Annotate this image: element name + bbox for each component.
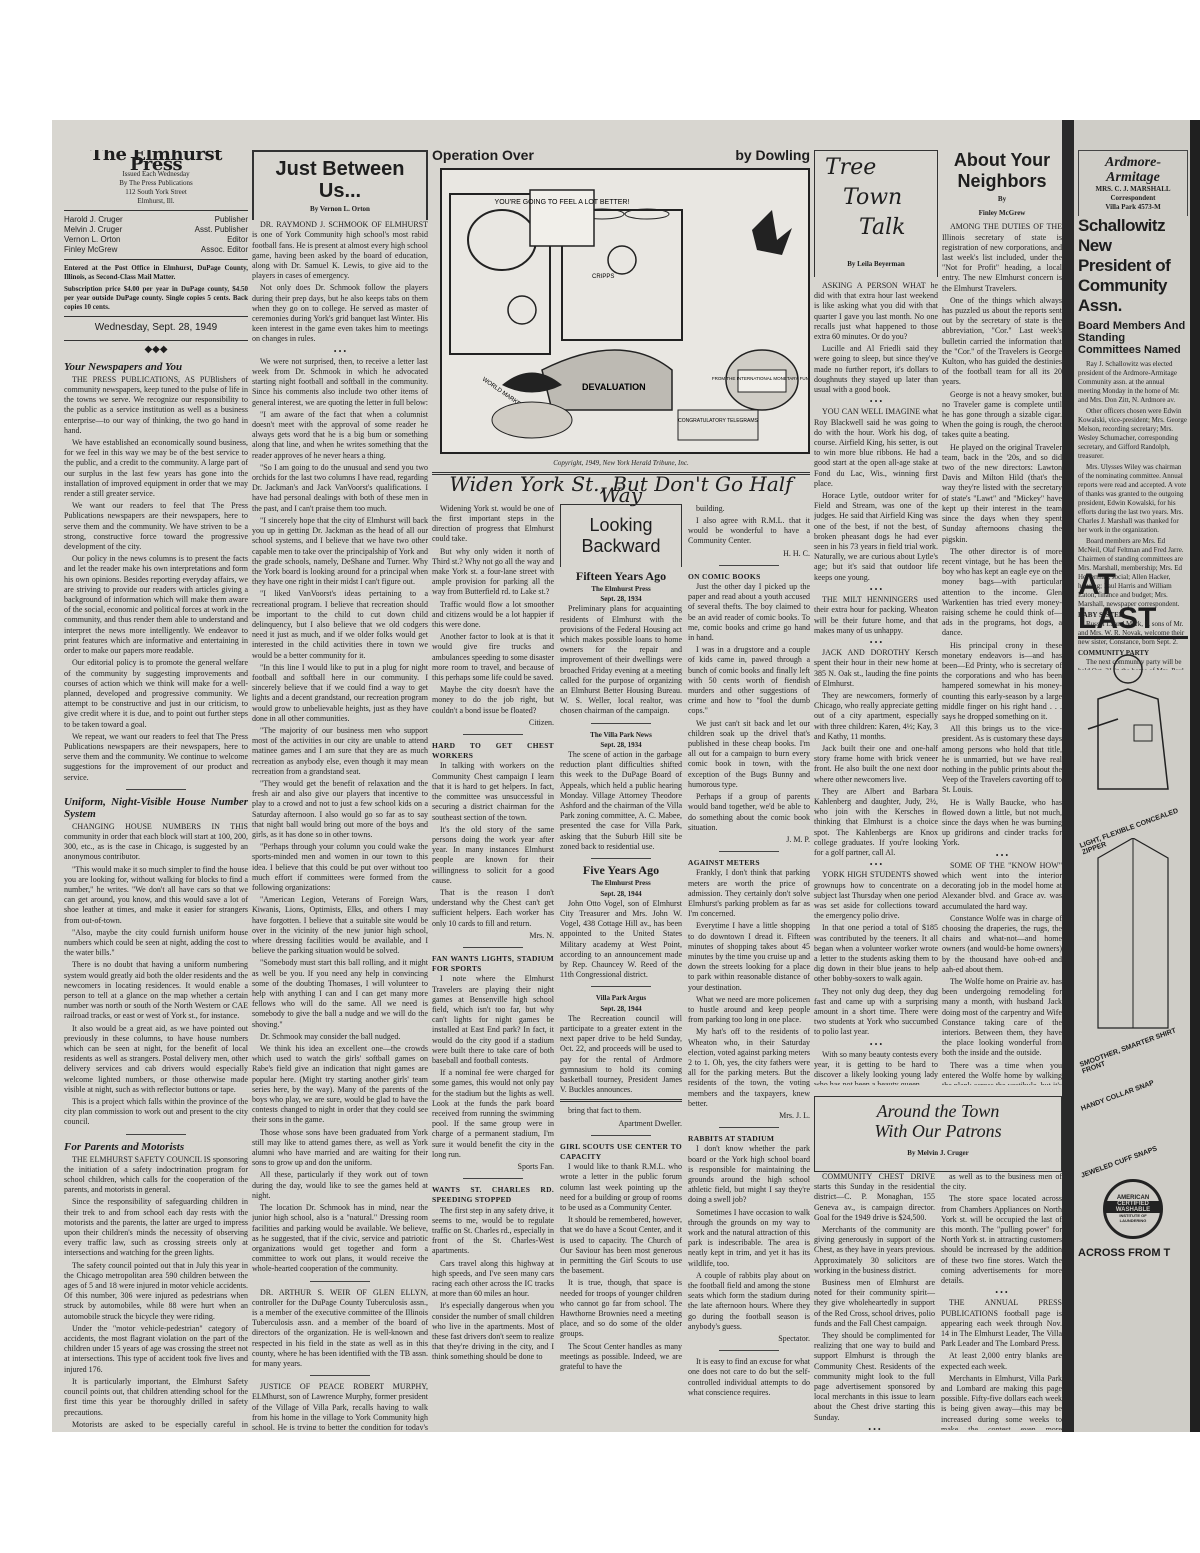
svg-text:CONGRATULATORY TELEGRAMS: CONGRATULATORY TELEGRAMS [678, 418, 758, 424]
editorial-paragraph: We repeat, we want our readers to feel t… [64, 732, 248, 783]
letter-paragraph: The Scout Center handles as many meeting… [560, 1342, 682, 1373]
article-paragraph: They are newcomers, formerly of Chicago,… [814, 691, 938, 742]
article-paragraph: One of the things which always has puzzl… [942, 296, 1062, 388]
byline: By Leila Beyerman [815, 259, 937, 269]
article-paragraph: He played on the original Traveler team,… [942, 443, 1062, 545]
letter-heading: ON COMIC BOOKS [688, 572, 810, 582]
letters-col-2: Looking Backward Fifteen Years Ago The E… [560, 504, 682, 1400]
source-date: Sept. 28, 1934 [560, 740, 682, 750]
correspondent-name: MRS. C. J. MARSHALL [1083, 185, 1183, 194]
article-paragraph: In that one period a total of $185 was c… [814, 923, 938, 984]
letter-heading: FAN WANTS LIGHTS, STADIUM FOR SPORTS [432, 954, 554, 974]
editorial-paragraph: CHANGING HOUSE NUMBERS IN THIS community… [64, 822, 248, 863]
staff-role: Editor [227, 235, 248, 245]
column-title: Ardmore- [1083, 155, 1183, 170]
editorial-paragraph: THE ELMHURST SAFETY COUNCIL IS sponsorin… [64, 1155, 248, 1196]
divider [591, 1135, 651, 1136]
correspondent-phone: Villa Park 4573-M [1083, 203, 1183, 212]
editorial-paragraph: Under the "motor vehicle-pedestrian" cat… [64, 1324, 248, 1375]
article-paragraph: Those whose sons have been graduated fro… [252, 1128, 428, 1169]
staff-name: Melvin J. Cruger [64, 225, 122, 235]
article-paragraph: Ray J. Schallowitz was elected president… [1078, 360, 1188, 405]
article-paragraph: The Wolfe home on Prairie av. has been u… [942, 977, 1062, 1059]
letter-paragraph: A couple of rabbits play about on the fo… [688, 1271, 810, 1332]
letter-paragraph: It is easy to find an excuse for what on… [688, 1357, 810, 1398]
editorial-heading: Uniform, Night-Visible House Number Syst… [64, 796, 248, 820]
column-header-box: Just Between Us... By Vernon L. Orton [252, 150, 428, 220]
article-paragraph: Other officers chosen were Edwin Kowalsk… [1078, 407, 1188, 461]
tree-town-talk-header: Tree Town Talk By Leila Beyerman [814, 150, 938, 277]
article-paragraph: We think his idea an excellent one—the c… [252, 1044, 428, 1126]
section-dots: • • • [814, 1425, 935, 1430]
divider [126, 789, 186, 790]
letter-paragraph: Frankly, I don't think that parking mete… [688, 868, 810, 919]
letters-columns: Widening York st. would be one of the fi… [432, 504, 810, 1400]
letter-paragraph: What we need are more policemen to hustl… [688, 995, 810, 1026]
letter-paragraph: It should be remembered, however, that w… [560, 1215, 682, 1276]
staff-role: Publisher [215, 215, 248, 225]
postal-notice: Entered at the Post Office in Elmhurst, … [64, 264, 248, 282]
divider [310, 1375, 370, 1376]
letter-signature: Citizen. [432, 718, 554, 728]
source-name: The Elmhurst Press [560, 584, 682, 594]
divider [719, 1350, 779, 1351]
article-paragraph: "The majority of our business men who su… [252, 726, 428, 777]
page-gutter [1062, 120, 1074, 1432]
article-paragraph: Business men of Elmhurst are noted for t… [814, 1278, 935, 1329]
letter-paragraph: Another factor to look at is that it wou… [432, 632, 554, 683]
cartoon-and-letters: Operation Over by Dowling YOU'RE GOING T… [432, 150, 810, 1430]
article-paragraph: They not only dug deep, they dug fast an… [814, 987, 938, 1038]
article-paragraph: AMONG THE DUTIES OF THE Illinois secreta… [942, 222, 1062, 293]
article-paragraph: All these, particularly if they work out… [252, 1170, 428, 1201]
letter-paragraph: We just can't sit back and let our child… [688, 719, 810, 790]
article-paragraph: With so many beauty contests every year,… [814, 1050, 938, 1085]
section-dots: • • • [252, 347, 428, 357]
source-name: The Elmhurst Press [560, 878, 682, 888]
article-paragraph: Jack built their one and one-half story … [814, 744, 938, 785]
letters-col-3: building. I also agree with R.M.L. that … [688, 504, 810, 1400]
article-paragraph: They are Albert and Barbara Kahlenberg a… [814, 787, 938, 858]
article-paragraph: We were not surprised, then, to receive … [252, 357, 428, 408]
ad-headline: AT LAST [1078, 568, 1188, 639]
column-title: With Our Patrons [819, 1121, 1057, 1141]
letter-paragraph: Perhaps if a group of parents would band… [688, 792, 810, 833]
letter-heading: WANTS ST. CHARLES RD. SPEEDING STOPPED [432, 1185, 554, 1205]
letter-paragraph: I don't know whether the park board or t… [688, 1144, 810, 1205]
article-paragraph: "I liked VanVoorst's ideas pertaining to… [252, 589, 428, 660]
article-paragraph: All this brings us to the vice-president… [942, 724, 1062, 795]
divider [719, 851, 779, 852]
article-paragraph: DR. ARTHUR S. WEIR OF GLEN ELLYN, contro… [252, 1288, 428, 1370]
masthead-address: 112 South York Street [64, 188, 248, 197]
editorial-cartoon: YOU'RE GOING TO FEEL A LOT BETTER! CRIPP… [440, 168, 810, 454]
editorial-column: The Elmhurst Press Issued Each Wednesday… [64, 150, 248, 1430]
divider [719, 1127, 779, 1128]
byline-prefix: By [942, 194, 1062, 204]
cartoon-title: Operation Over [432, 150, 534, 160]
article-paragraph: "American Legion, Veterans of Foreign Wa… [252, 895, 428, 956]
cartoon-header: Operation Over by Dowling [432, 150, 810, 160]
letters-banner: Widen York St., But Don't Go Half Way [432, 479, 810, 499]
section-subhead: Five Years Ago [560, 865, 682, 875]
shirt-man-illustration [1078, 639, 1188, 819]
editorial-paragraph: It also would be a great aid, as we have… [64, 1024, 248, 1095]
letter-heading: AGAINST METERS [688, 858, 810, 868]
column-title: Armitage [1083, 170, 1183, 185]
divider [64, 210, 248, 211]
letter-heading: RABBITS AT STADIUM [688, 1134, 810, 1144]
article-paragraph: THE ANNUAL PRESS PUBLICATIONS football p… [941, 1298, 1062, 1349]
svg-text:DEVALUATION: DEVALUATION [582, 382, 646, 392]
divider [64, 259, 248, 260]
section-dots: • • • [814, 1040, 938, 1050]
article-paragraph: Dr. Schmook may consider the ball nudged… [252, 1032, 428, 1042]
cartoon-author: by Dowling [735, 150, 810, 160]
around-col-1: COMMUNITY CHEST DRIVE starts this Sunday… [814, 1172, 935, 1430]
ardmore-header: Ardmore- Armitage MRS. C. J. MARSHALL Co… [1078, 150, 1188, 216]
article-paragraph: "In this line I would like to put in a p… [252, 663, 428, 724]
letters-col-1: Widening York st. would be one of the fi… [432, 504, 554, 1400]
letter-signature: Mrs. N. [432, 931, 554, 941]
letter-heading: HARD TO GET CHEST WORKERS [432, 741, 554, 761]
ad-caption: HANDY COLLAR SNAP [1080, 1068, 1186, 1112]
masthead-city: Elmhurst, Ill. [64, 197, 248, 206]
article-paragraph: "Perhaps through your column you could w… [252, 842, 428, 893]
letter-paragraph: I was in a drugstore and a couple of kid… [688, 645, 810, 716]
history-paragraph: John Otto Vogel, son of Elmhurst City Tr… [560, 899, 682, 981]
cartoon-copyright: Copyright, 1949, New York Herald Tribune… [432, 458, 810, 468]
article-paragraph: Merchants of the community are giving ge… [814, 1225, 935, 1276]
letter-paragraph: Just the other day I picked up the paper… [688, 582, 810, 643]
just-between-us-column: Just Between Us... By Vernon L. Orton DR… [252, 150, 428, 1430]
article-paragraph: "They would get the benefit of relaxatio… [252, 779, 428, 840]
divider [463, 947, 523, 948]
source-date: Sept. 28, 1944 [560, 889, 682, 899]
byline: By Melvin J. Cruger [819, 1143, 1057, 1163]
svg-text:YOU'RE GOING TO FEEL A LOT BET: YOU'RE GOING TO FEEL A LOT BETTER! [495, 199, 630, 206]
editorial-paragraph: We have established an economically soun… [64, 438, 248, 499]
editorial-paragraph: THE PRESS PUBLICATIONS, AS PUBlishers of… [64, 375, 248, 436]
staff-role: Assoc. Editor [201, 245, 248, 255]
article-paragraph: YOU CAN WELL IMAGINE what Roy Blackwell … [814, 407, 938, 489]
staff-name: Harold J. Cruger [64, 215, 123, 225]
letter-paragraph: I note where the Elmhurst Travelers are … [432, 974, 554, 1066]
letter-paragraph: It is true, though, that space is needed… [560, 1278, 682, 1339]
article-paragraph: He is Wally Baucke, who has flowed down … [942, 798, 1062, 849]
subscription-notice: Subscription price $4.00 per year in DuP… [64, 285, 248, 312]
letter-signature: Spectator. [688, 1334, 810, 1344]
letter-paragraph: bring that fact to them. [560, 1106, 682, 1116]
ad-caption: JEWELED CUFF SNAPS [1080, 1135, 1186, 1179]
article-paragraph: They should be complimented for realizin… [814, 1331, 935, 1423]
masthead-issued: Issued Each Wednesday [64, 170, 248, 179]
letter-paragraph: Everytime I have a little shopping to do… [688, 921, 810, 992]
article-paragraph: Merchants in Elmhurst, Villa Park and Lo… [941, 1374, 1062, 1430]
headline: Schallowitz New President of Community A… [1078, 216, 1188, 316]
divider [591, 858, 651, 859]
letter-heading: GIRL SCOUTS USE CENTER TO CAPACITY [560, 1142, 682, 1162]
masthead-title: The Elmhurst Press [64, 150, 248, 170]
letter-signature: H. H. C. [688, 549, 810, 559]
article-paragraph: Not only does Dr. Schmook follow the pla… [252, 283, 428, 344]
ad-footer: ACROSS FROM T [1078, 1247, 1188, 1259]
staff-row: Vernon L. OrtonEditor [64, 235, 248, 245]
scan-edge [1190, 120, 1200, 1432]
staff-name: Finley McGrew [64, 245, 117, 255]
masthead-publisher: By The Press Publications [64, 179, 248, 188]
divider [463, 734, 523, 735]
source-name: Villa Park Argus [560, 993, 682, 1003]
history-paragraph: Preliminary plans for acquainting reside… [560, 604, 682, 716]
section-dots: • • • [814, 585, 938, 595]
cartoon-illustration: YOU'RE GOING TO FEEL A LOT BETTER! CRIPP… [442, 170, 808, 452]
divider [64, 340, 248, 341]
editorial-paragraph: This is a project which falls within the… [64, 1097, 248, 1128]
letter-paragraph: building. [688, 504, 810, 514]
staff-list: Harold J. CrugerPublisher Melvin J. Crug… [64, 215, 248, 255]
editorial-heading: For Parents and Motorists [64, 1141, 248, 1153]
article-paragraph: The location Dr. Schmook has in mind, ne… [252, 1203, 428, 1274]
source-date: Sept. 28, 1934 [560, 594, 682, 604]
staff-row: Finley McGrewAssoc. Editor [64, 245, 248, 255]
section-dots: • • • [814, 397, 938, 407]
certified-washable-seal-icon: AMERICAN CERTIFIED WASHABLE INSTITUTE OF… [1103, 1179, 1163, 1239]
letter-paragraph: Widening York st. would be one of the fi… [432, 504, 554, 545]
article-paragraph: JACK AND DOROTHY Kersch spent their hour… [814, 648, 938, 689]
article-paragraph: There was a time when you entered the Wo… [942, 1061, 1062, 1085]
letter-paragraph: Sometimes I have occasion to walk throug… [688, 1208, 810, 1269]
letter-paragraph: The first step in any safety drive, it s… [432, 1206, 554, 1257]
editorial-paragraph: The safety council pointed out that in J… [64, 1261, 248, 1322]
issue-date: Wednesday, Sept. 28, 1949 [64, 323, 248, 333]
article-paragraph: "Somebody must start this ball rolling, … [252, 958, 428, 1029]
history-paragraph: The Recreation council will participate … [560, 1014, 682, 1096]
correspondent-role: Correspondent [1083, 194, 1183, 203]
editorial-paragraph: Since the responsibility of safeguarding… [64, 1197, 248, 1258]
source-date: Sept. 28, 1944 [560, 1004, 682, 1014]
staff-row: Harold J. CrugerPublisher [64, 215, 248, 225]
article-paragraph: THE MILT HENNINGERS used their extra hou… [814, 595, 938, 636]
column-title: Talk [859, 217, 905, 239]
letter-signature: J. M. P. [688, 835, 810, 845]
article-paragraph: The store space located across from Cham… [941, 1194, 1062, 1286]
editorial-paragraph: Our policy in the news columns is to pre… [64, 554, 248, 656]
article-paragraph: Lucille and Al Friedli said they were go… [814, 344, 938, 395]
about-your-neighbors-column: About Your Neighbors By Finley McGrew AM… [942, 150, 1062, 1085]
letter-paragraph: In talking with workers on the Community… [432, 761, 554, 822]
article-paragraph: Horace Lytle, outdoor writer for Field a… [814, 491, 938, 583]
article-paragraph: "So I am going to do the unusual and sen… [252, 463, 428, 514]
letter-paragraph: It's especially dangerous when you consi… [432, 1301, 554, 1362]
byline: By Vernon L. Orton [258, 204, 422, 214]
divider [719, 565, 779, 566]
staff-row: Melvin J. CrugerAsst. Publisher [64, 225, 248, 235]
union-label-icon: ◆◆◆ [64, 345, 248, 355]
around-the-town-body: COMMUNITY CHEST DRIVE starts this Sunday… [814, 1172, 1062, 1430]
article-paragraph: JUSTICE OF PEACE ROBERT MURPHY, ELMhurst… [252, 1382, 428, 1430]
editorial-paragraph: "This would make it so much simpler to f… [64, 865, 248, 926]
svg-text:FROM THE INTERNATIONAL MONETAR: FROM THE INTERNATIONAL MONETARY FUND [712, 376, 808, 381]
divider [560, 1099, 682, 1102]
divider [591, 986, 651, 987]
shirt-collar-illustration [1078, 838, 1188, 1038]
article-paragraph: The other director is of more recent vin… [942, 547, 1062, 639]
article-paragraph: ASKING A PERSON WHAT he did with that ex… [814, 281, 938, 342]
article-paragraph: "I sincerely hope that the city of Elmhu… [252, 516, 428, 587]
article-paragraph: COMMUNITY CHEST DRIVE starts this Sunday… [814, 1172, 935, 1223]
letter-signature: Mrs. J. L. [688, 1111, 810, 1121]
article-paragraph: Constance Wolfe was in charge of choosin… [942, 914, 1062, 975]
letter-paragraph: Cars travel along this highway at high s… [432, 1259, 554, 1300]
source-name: The Villa Park News [560, 730, 682, 740]
article-paragraph: SOME OF THE "KNOW HOW" which went into t… [942, 861, 1062, 912]
editorial-heading: Your Newspapers and You [64, 361, 248, 373]
column-title: Town [843, 187, 902, 209]
article-paragraph: DR. RAYMOND J. SCHMOOK OF ELMHURST is on… [252, 220, 428, 281]
divider [463, 1178, 523, 1179]
letter-paragraph: It's the old story of the same persons d… [432, 825, 554, 886]
article-paragraph: YORK HIGH STUDENTS showed grownups how t… [814, 870, 938, 921]
seal-text: INSTITUTE OF LAUNDERING [1106, 1213, 1160, 1223]
section-dots: • • • [814, 638, 938, 648]
editorial-paragraph: Our editorial policy is to promote the g… [64, 658, 248, 729]
section-dots: • • • [941, 1288, 1062, 1298]
letter-paragraph: But why only widen it north of Third st.… [432, 547, 554, 598]
column-title: About Your Neighbors [942, 150, 1062, 192]
editorial-paragraph: Motorists are asked to be especially car… [64, 1420, 248, 1430]
divider [126, 1134, 186, 1135]
article-paragraph: At least 2,000 entry blanks are expected… [941, 1351, 1062, 1371]
staff-name: Vernon L. Orton [64, 235, 120, 245]
editorial-paragraph: We want our readers to feel that The Pre… [64, 501, 248, 552]
section-dots: • • • [942, 851, 1062, 861]
tree-town-talk-column: Tree Town Talk By Leila Beyerman ASKING … [814, 150, 938, 1085]
around-the-town-header: Around the Town With Our Patrons By Melv… [814, 1096, 1062, 1172]
divider [310, 1281, 370, 1282]
byline: Finley McGrew [942, 208, 1062, 218]
shirt-advertisement: AT LAST LIGHT, FLEXIBLE CONCEALED ZIPPER… [1078, 560, 1188, 1260]
letter-signature: Apartment Dweller. [560, 1119, 682, 1129]
letter-paragraph: That is the reason I don't understand wh… [432, 888, 554, 929]
svg-text:CRIPPS: CRIPPS [592, 274, 614, 280]
article-paragraph: His principal crony in these monetary en… [942, 641, 1062, 723]
letter-paragraph: I would like to thank R.M.L. who wrote a… [560, 1162, 682, 1213]
article-paragraph: Mrs. Ulysses Wiley was chairman of the n… [1078, 463, 1188, 535]
letter-paragraph: Maybe the city doesn't have the money to… [432, 685, 554, 716]
subheadline: Board Members And Standing Committees Na… [1078, 320, 1188, 356]
editorial-paragraph: "Also, maybe the city could furnish unif… [64, 928, 248, 959]
article-paragraph: "I am aware of the fact that when a colu… [252, 410, 428, 461]
editorial-paragraph: There is no doubt that having a uniform … [64, 960, 248, 1021]
staff-role: Asst. Publisher [195, 225, 248, 235]
looking-backward-title: Backward [565, 536, 677, 557]
divider [591, 723, 651, 724]
letter-paragraph: Traffic would flow a lot smoother and ci… [432, 600, 554, 631]
around-the-town-column: Around the Town With Our Patrons By Melv… [814, 1088, 1062, 1430]
editorial-paragraph: It is particularly important, the Elmhur… [64, 1377, 248, 1418]
letter-paragraph: My hat's off to the residents of Wheaton… [688, 1027, 810, 1109]
looking-backward-title: Looking [565, 515, 677, 536]
history-paragraph: The scene of action in the garbage reduc… [560, 750, 682, 852]
letter-paragraph: If a nominal fee were charged for some g… [432, 1068, 554, 1160]
around-col-2: as well as to the business men of the ci… [941, 1172, 1062, 1430]
column-title: Just Between Us... [258, 158, 422, 202]
column-title: Around the Town [819, 1101, 1057, 1121]
column-title: Tree [825, 157, 876, 179]
article-paragraph: George is not a heavy smoker, but no Tra… [942, 390, 1062, 441]
divider [64, 316, 248, 317]
letter-paragraph: I also agree with R.M.L. that it would b… [688, 516, 810, 547]
article-paragraph: as well as to the business men of the ci… [941, 1172, 1062, 1192]
looking-backward-box: Looking Backward [560, 504, 682, 567]
letter-signature: Sports Fan. [432, 1162, 554, 1172]
section-dots: • • • [814, 860, 938, 870]
section-subhead: Fifteen Years Ago [560, 571, 682, 581]
